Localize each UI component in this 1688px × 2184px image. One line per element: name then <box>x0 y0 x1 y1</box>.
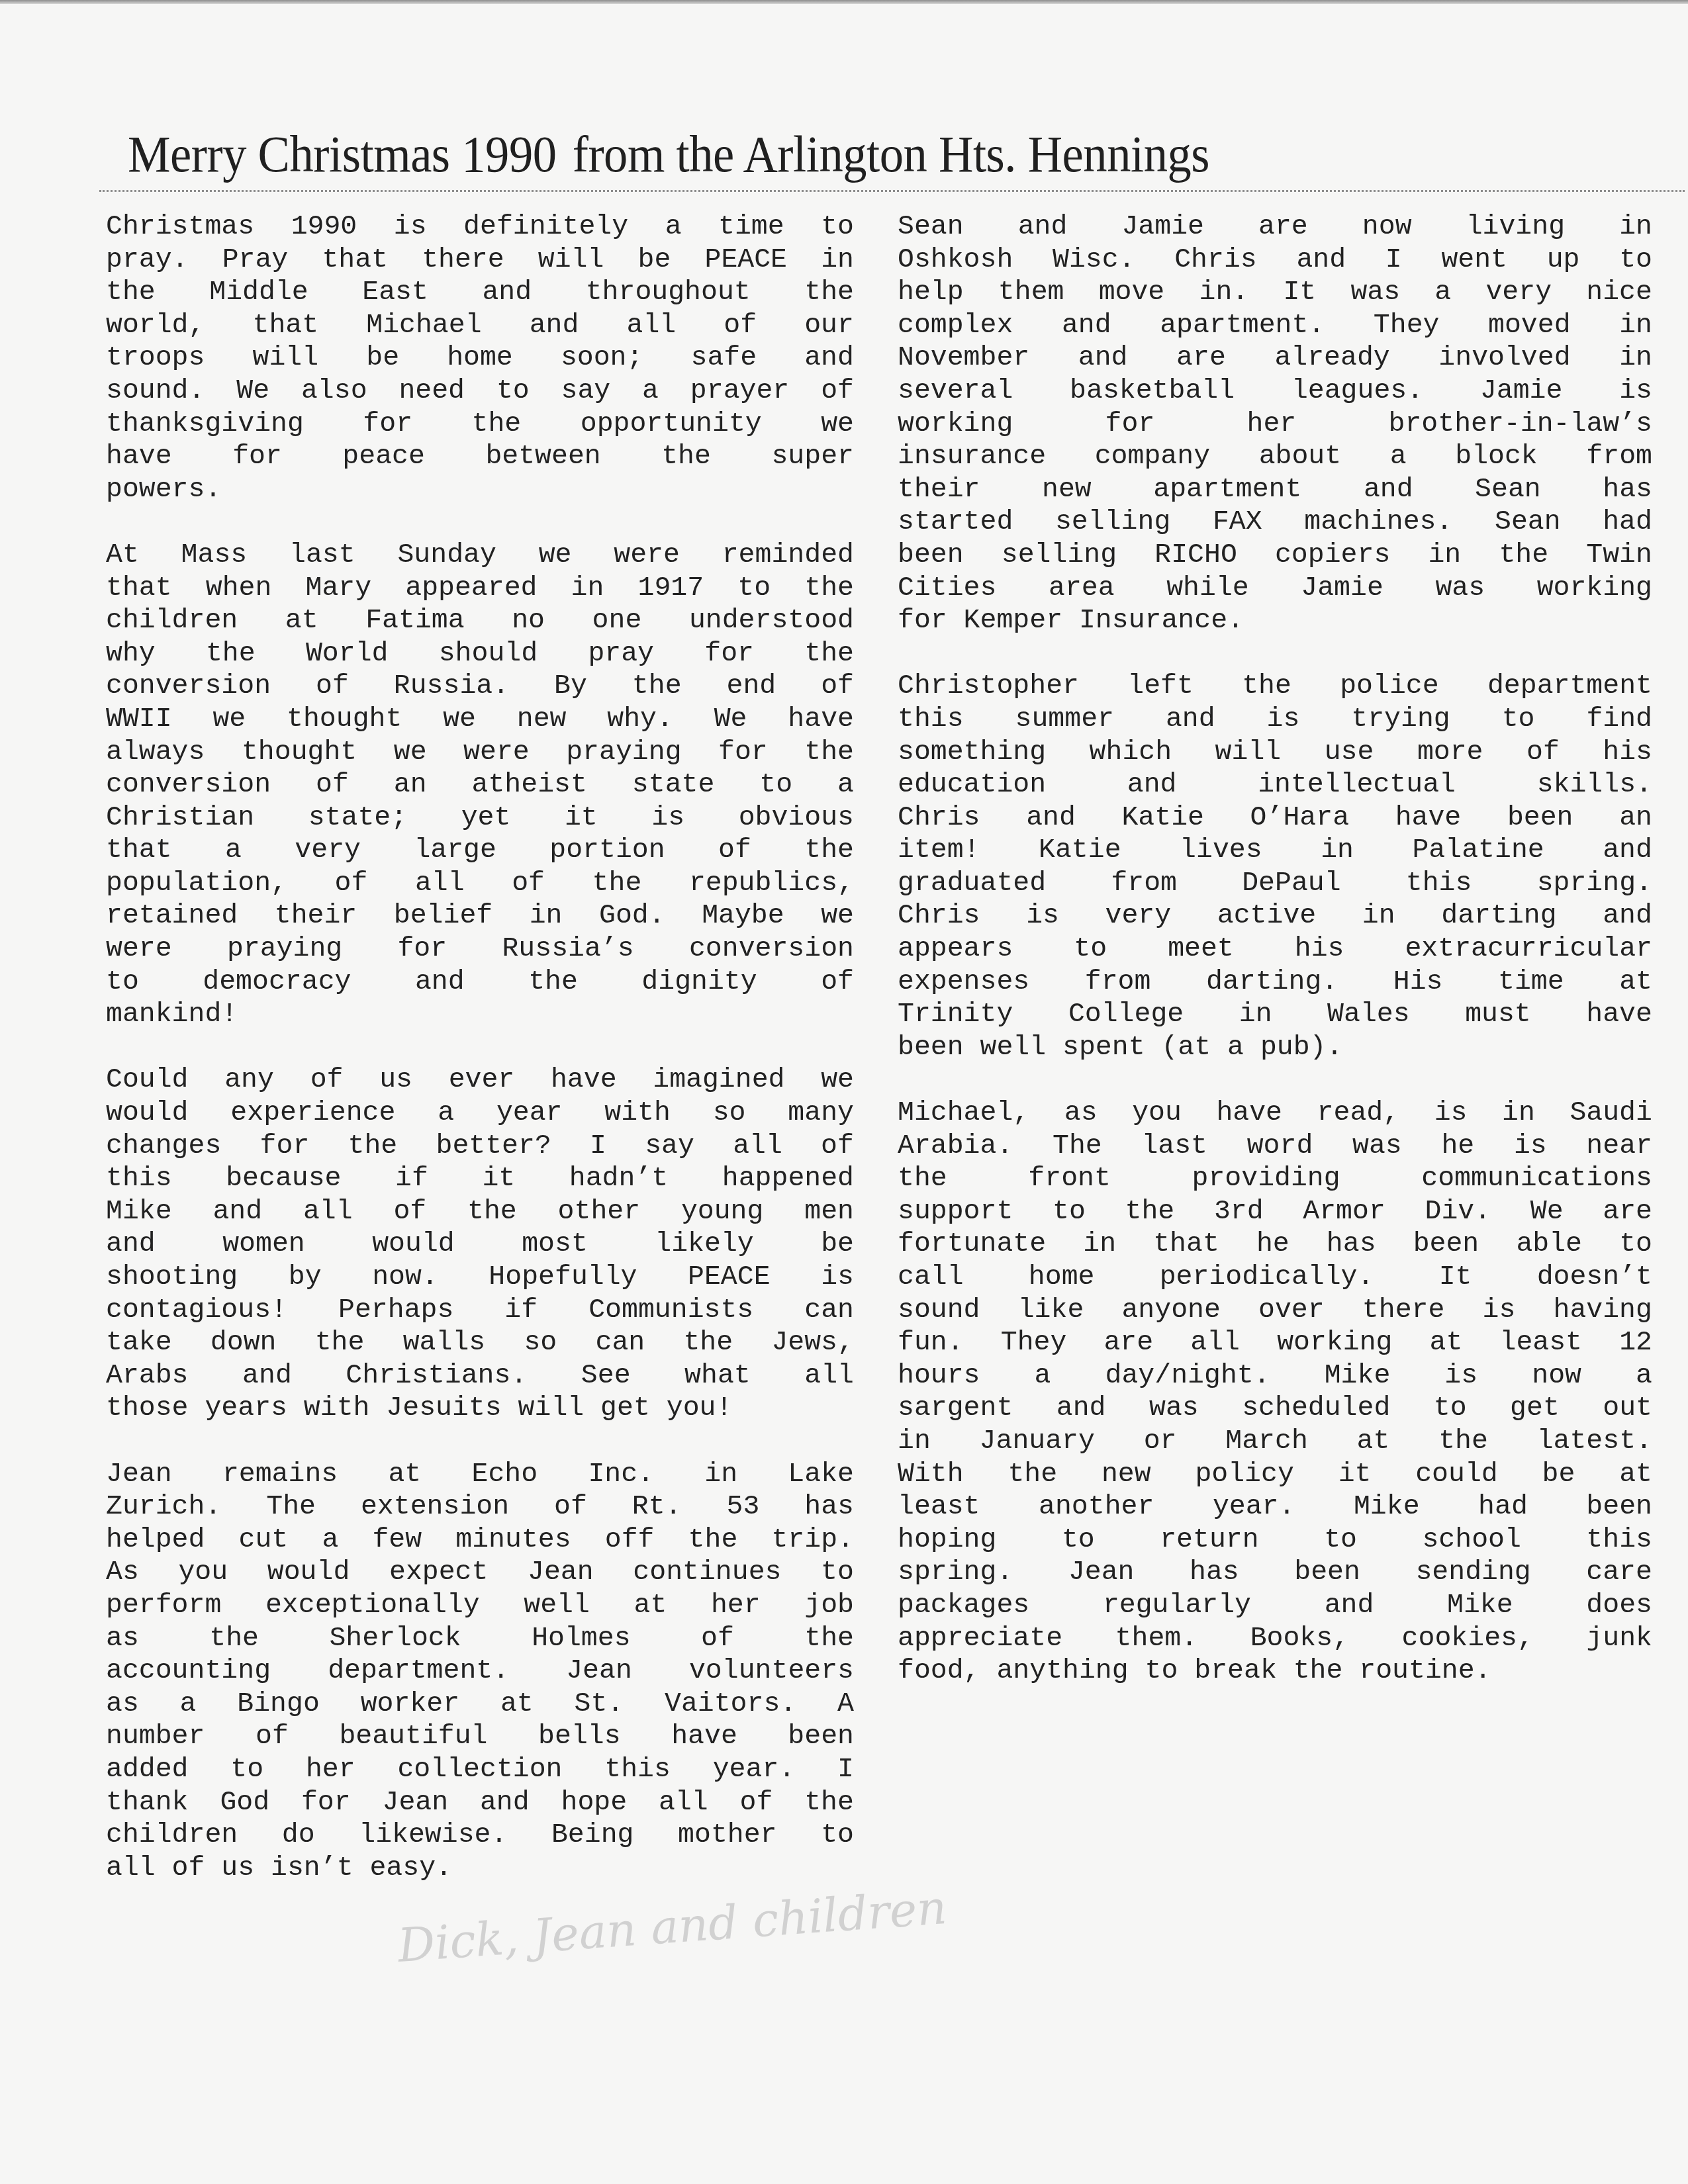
word: the <box>804 1622 854 1655</box>
word: other <box>558 1195 641 1228</box>
text-line: theMiddleEastandthroughoutthe <box>106 276 854 309</box>
word: was <box>1352 1130 1402 1163</box>
word: active <box>1217 899 1316 933</box>
word: the <box>804 572 854 605</box>
word: home <box>1029 1261 1095 1294</box>
word: do <box>282 1819 315 1852</box>
text-line: wouldexperienceayearwithsomany <box>106 1097 854 1130</box>
word: a <box>665 210 682 244</box>
word: and <box>212 1195 262 1228</box>
word: exceptionally <box>265 1589 480 1622</box>
word: at <box>1619 1458 1652 1491</box>
word: Jamie <box>1301 572 1383 605</box>
word: the <box>804 1786 854 1819</box>
text-line: whytheWorldshouldprayforthe <box>106 637 854 670</box>
text-line: CitiesareawhileJamiewasworking <box>898 572 1652 605</box>
word: also <box>301 375 367 408</box>
word: we <box>821 899 854 933</box>
word: and <box>1603 834 1652 867</box>
word: word <box>1247 1130 1313 1163</box>
word: police <box>1340 670 1438 703</box>
word: school <box>1422 1524 1521 1557</box>
word: in <box>530 899 563 933</box>
word: for <box>397 933 447 966</box>
text-line: haveforpeacebetweenthesuper <box>106 440 854 473</box>
word: at <box>500 1688 534 1721</box>
word: Mass <box>181 539 248 572</box>
word: changes <box>106 1130 221 1163</box>
word: understood <box>689 604 854 637</box>
text-line: graduatedfromDePaulthisspring. <box>898 867 1652 900</box>
word: Bingo <box>237 1688 320 1721</box>
word: and <box>804 341 854 375</box>
word: Michael <box>366 309 481 342</box>
text-line: Michael,asyouhaveread,isinSaudi <box>898 1097 1652 1130</box>
word: so <box>524 1326 557 1359</box>
word: a <box>438 1097 454 1130</box>
text-line: educationandintellectualskills. <box>898 768 1652 801</box>
word: say <box>645 1130 694 1163</box>
word: expenses <box>898 966 1029 999</box>
word: out <box>1603 1392 1652 1425</box>
word: worker <box>361 1688 459 1721</box>
word: Fatima <box>365 604 464 637</box>
word: been <box>1413 1228 1479 1261</box>
word: from <box>1111 867 1177 900</box>
word: pray. <box>106 244 189 277</box>
word: any <box>224 1064 274 1097</box>
text-line: fun.Theyareallworkingatleast12 <box>898 1326 1652 1359</box>
word: been <box>898 539 964 572</box>
word: this <box>106 1162 172 1195</box>
text-line: JeanremainsatEchoInc.inLake <box>106 1458 854 1491</box>
word: Oshkosh <box>898 244 1013 277</box>
word: and <box>1018 210 1068 244</box>
text-line: startedsellingFAXmachines.Seanhad <box>898 506 1652 539</box>
word: if <box>395 1162 428 1195</box>
word: in <box>1502 1097 1535 1130</box>
word: that <box>253 309 319 342</box>
word: Jean <box>106 1458 172 1491</box>
word: that <box>106 834 172 867</box>
word: are <box>1603 1195 1652 1228</box>
word: her <box>1247 408 1297 441</box>
text-line: astheSherlockHolmesofthe <box>106 1622 854 1655</box>
word: to <box>1619 244 1652 277</box>
word: Mike <box>1325 1359 1391 1392</box>
word: of <box>512 867 545 900</box>
word: the <box>1242 670 1291 703</box>
word: thought <box>287 703 402 736</box>
word: his <box>1603 736 1652 769</box>
word: in. <box>1199 276 1248 309</box>
text-line: complexandapartment.Theymovedin <box>898 309 1652 342</box>
word: minutes <box>455 1524 571 1557</box>
word: prayer <box>690 375 789 408</box>
word: as <box>1064 1097 1098 1130</box>
word: and <box>1062 309 1111 342</box>
word: have <box>788 703 854 736</box>
word: between <box>485 440 600 473</box>
word: periodically. <box>1160 1261 1374 1294</box>
word: moved <box>1488 309 1571 342</box>
word: in <box>821 244 854 277</box>
word: of <box>310 1064 344 1097</box>
word: East <box>362 276 428 309</box>
word: sending <box>1415 1556 1530 1589</box>
word: 3rd <box>1214 1195 1264 1228</box>
word: having <box>1554 1294 1652 1327</box>
word: volunteers <box>689 1655 854 1688</box>
word: Echo <box>472 1458 538 1491</box>
word: of <box>718 834 751 867</box>
word: job <box>804 1589 854 1622</box>
word: Books, <box>1250 1622 1349 1655</box>
word: of <box>335 867 368 900</box>
word: down <box>211 1326 277 1359</box>
word: Christian <box>106 801 254 835</box>
word: the <box>472 408 522 441</box>
word: Mike <box>1354 1490 1420 1524</box>
word: in <box>1083 1228 1116 1261</box>
word: is <box>1483 1294 1516 1327</box>
text-line: helpthemmovein.Itwasaverynice <box>898 276 1652 309</box>
word: living <box>1466 210 1565 244</box>
word: Maybe <box>702 899 784 933</box>
word: experience <box>230 1097 395 1130</box>
word: copiers <box>1275 539 1390 572</box>
word: one <box>592 604 642 637</box>
word: the <box>315 1326 365 1359</box>
word: troops <box>106 341 205 375</box>
text-line: for Kemper Insurance. <box>898 604 1652 637</box>
word: will <box>253 341 319 375</box>
word: is <box>1434 1097 1468 1130</box>
word: in <box>1321 834 1354 867</box>
text-line: sound.Wealsoneedtosayaprayerof <box>106 375 854 408</box>
right-column-paragraph: Christopherleftthepolicedepartmentthissu… <box>898 670 1652 1064</box>
word: As <box>106 1556 139 1589</box>
word: her <box>711 1589 761 1622</box>
word: yet <box>461 801 511 835</box>
word: Jean <box>528 1556 594 1589</box>
word: had <box>1478 1490 1528 1524</box>
word: end <box>727 670 776 703</box>
word: working <box>898 408 1013 441</box>
word: help <box>898 276 964 309</box>
word: of <box>316 670 349 703</box>
left-column-paragraph: AtMasslastSundaywewereremindedthatwhenMa… <box>106 539 854 1031</box>
word: packages <box>898 1589 1029 1622</box>
word: in <box>1619 341 1652 375</box>
word: 12 <box>1619 1326 1652 1359</box>
word: a <box>180 1688 197 1721</box>
word: extracurricular <box>1405 933 1652 966</box>
word: be <box>821 1228 854 1261</box>
word: to <box>1053 1195 1086 1228</box>
word: God <box>220 1786 269 1819</box>
word: had <box>1603 506 1652 539</box>
word: of <box>554 1490 587 1524</box>
word: large <box>414 834 496 867</box>
text-line: childrendolikewise.Beingmotherto <box>106 1819 854 1852</box>
word: which <box>1090 736 1172 769</box>
word: new <box>517 703 567 736</box>
word: of <box>316 768 349 801</box>
word: darting. <box>1206 966 1338 999</box>
word: 1917 <box>638 572 704 605</box>
word: year <box>496 1097 563 1130</box>
word: would <box>372 1228 455 1261</box>
word: year. <box>713 1753 796 1786</box>
word: involved <box>1438 341 1570 375</box>
text-line: callhomeperiodically.Itdoesn’t <box>898 1261 1652 1294</box>
text-line: food, anything to break the routine. <box>898 1655 1652 1688</box>
word: does <box>1586 1589 1652 1622</box>
word: I <box>590 1130 606 1163</box>
word: DePaul <box>1242 867 1340 900</box>
word: Cities <box>898 572 996 605</box>
text-line: Christopherleftthepolicedepartment <box>898 670 1652 703</box>
word: their <box>898 473 980 506</box>
word: the <box>688 1524 738 1557</box>
word: you <box>178 1556 228 1589</box>
word: that <box>322 244 388 277</box>
word: Sean <box>1475 473 1541 506</box>
word: get <box>1510 1392 1560 1425</box>
text-line: Withthenewpolicyitcouldbeat <box>898 1458 1652 1491</box>
word: from <box>1586 440 1652 473</box>
word: to <box>821 1556 854 1589</box>
word: young <box>681 1195 764 1228</box>
word: 53 <box>727 1490 760 1524</box>
text-line: wereprayingforRussia’sconversion <box>106 933 854 966</box>
text-line: changesforthebetter?Isayallof <box>106 1130 854 1163</box>
word: retained <box>106 899 238 933</box>
word: find <box>1586 703 1652 736</box>
text-line: Novemberandarealreadyinvolvedin <box>898 341 1652 375</box>
text-line: alwaysthoughtwewereprayingforthe <box>106 736 854 769</box>
word: was <box>1149 1392 1199 1425</box>
word: Sunday <box>397 539 496 572</box>
word: Christians. <box>346 1359 527 1392</box>
word: a <box>1434 276 1451 309</box>
word: education <box>898 768 1046 801</box>
word: providing <box>1192 1162 1340 1195</box>
word: spring. <box>1537 867 1652 900</box>
word: state <box>632 768 715 801</box>
word: Mike <box>1447 1589 1513 1622</box>
text-line: SeanandJamiearenowlivingin <box>898 210 1652 244</box>
word: skills. <box>1537 768 1652 801</box>
word: while <box>1166 572 1249 605</box>
word: are <box>1103 1326 1153 1359</box>
right-column-paragraph: Michael,asyouhaveread,isinSaudiArabia.Th… <box>898 1097 1652 1688</box>
word: us <box>379 1064 412 1097</box>
word: the <box>209 1622 259 1655</box>
word: WWII <box>106 703 172 736</box>
text-line: population,ofalloftherepublics, <box>106 867 854 900</box>
word: them <box>998 276 1064 309</box>
word: super <box>771 440 854 473</box>
word: expect <box>389 1556 488 1589</box>
text-line: pray.PraythattherewillbePEACEin <box>106 244 854 277</box>
word: would <box>106 1097 189 1130</box>
word: home <box>447 341 513 375</box>
word: at <box>285 604 318 637</box>
word: The <box>1053 1130 1102 1163</box>
word: be <box>1542 1458 1575 1491</box>
word: read, <box>1317 1097 1400 1130</box>
word: collection <box>397 1753 562 1786</box>
word: accounting <box>106 1655 271 1688</box>
word: move <box>1099 276 1165 309</box>
word: the <box>804 736 854 769</box>
word: the <box>206 637 256 670</box>
word: O’Hara <box>1250 801 1349 835</box>
word: can <box>595 1326 645 1359</box>
word: in <box>898 1425 931 1458</box>
text-line: packagesregularlyandMikedoes <box>898 1589 1652 1622</box>
text-line: supporttothe3rdArmorDiv.Weare <box>898 1195 1652 1228</box>
word: of <box>1526 736 1560 769</box>
word: been <box>1294 1556 1360 1589</box>
word: happened <box>722 1162 854 1195</box>
word: a <box>642 375 659 408</box>
text-line: spring.Jeanhasbeensendingcare <box>898 1556 1652 1589</box>
word: and <box>1325 1589 1374 1622</box>
word: say <box>561 375 611 408</box>
word: is <box>394 210 427 244</box>
word: likewise. <box>359 1819 507 1852</box>
word: is <box>1619 375 1652 408</box>
word: graduated <box>898 867 1046 900</box>
text-line: thanksgivingfortheopportunitywe <box>106 408 854 441</box>
word: intellectual <box>1258 768 1456 801</box>
word: Being <box>551 1819 634 1852</box>
text-line: AtMasslastSundaywewerereminded <box>106 539 854 572</box>
word: world, <box>106 309 205 342</box>
word: Katie <box>1039 834 1121 867</box>
word: can <box>804 1294 854 1327</box>
word: all <box>303 1195 353 1228</box>
word: thank <box>106 1786 189 1819</box>
word: least <box>898 1490 980 1524</box>
word: to <box>821 210 854 244</box>
word: Communists <box>588 1294 753 1327</box>
text-line: been well spent (at a pub). <box>898 1031 1652 1064</box>
word: and <box>1127 768 1177 801</box>
word: like <box>1018 1294 1084 1327</box>
right-column: SeanandJamiearenowlivinginOshkoshWisc.Ch… <box>898 210 1652 1720</box>
text-line: insurancecompanyaboutablockfrom <box>898 440 1652 473</box>
word: the <box>528 966 578 999</box>
word: appears <box>898 933 1013 966</box>
word: better? <box>436 1130 551 1163</box>
word: number <box>106 1720 205 1753</box>
word: the <box>804 637 854 670</box>
word: It <box>1283 276 1316 309</box>
word: God. <box>599 899 665 933</box>
word: complex <box>898 309 1013 342</box>
word: he <box>1441 1130 1474 1163</box>
word: Palatine <box>1412 834 1544 867</box>
word: safe <box>691 341 757 375</box>
word: the <box>1008 1458 1057 1491</box>
word: They <box>1374 309 1440 342</box>
word: all <box>627 309 677 342</box>
word: is <box>651 801 684 835</box>
text-line: appreciatethem.Books,cookies,junk <box>898 1622 1652 1655</box>
text-line: conversionofanatheiststatetoa <box>106 768 854 801</box>
word: always <box>106 736 205 769</box>
word: and <box>106 1228 156 1261</box>
text-line: thefrontprovidingcommunications <box>898 1162 1652 1195</box>
word: last <box>1141 1130 1207 1163</box>
text-line: TrinityCollegeinWalesmusthave <box>898 998 1652 1031</box>
text-line: conversionofRussia.Bytheendof <box>106 670 854 703</box>
text-line: Couldanyofuseverhaveimaginedwe <box>106 1064 854 1097</box>
word: use <box>1325 736 1374 769</box>
word: of <box>724 309 757 342</box>
word: hadn’t <box>569 1162 668 1195</box>
word: that <box>106 572 172 605</box>
word: darting <box>1441 899 1556 933</box>
text-line: Zurich.TheextensionofRt.53has <box>106 1490 854 1524</box>
word: been <box>788 1720 854 1753</box>
word: At <box>106 539 139 572</box>
word: opportunity <box>581 408 762 441</box>
word: has <box>1190 1556 1239 1589</box>
word: is <box>1026 899 1059 933</box>
word: would <box>267 1556 350 1589</box>
word: thanksgiving <box>106 408 304 441</box>
word: bells <box>538 1720 621 1753</box>
word: why. <box>607 703 673 736</box>
word: if <box>504 1294 538 1327</box>
word: front <box>1028 1162 1111 1195</box>
word: it <box>1338 1458 1372 1491</box>
word: started <box>898 506 1013 539</box>
text-line: performexceptionallywellatherjob <box>106 1589 854 1622</box>
word: Lake <box>788 1458 854 1491</box>
word: It <box>1439 1261 1472 1294</box>
text-line: Chrisisveryactiveindartingand <box>898 899 1652 933</box>
word: praying <box>227 933 342 966</box>
word: and <box>480 1786 530 1819</box>
word: more <box>1417 736 1483 769</box>
word: Middle <box>209 276 308 309</box>
word: call <box>898 1261 964 1294</box>
word: the <box>467 1195 517 1228</box>
word: take <box>106 1326 172 1359</box>
word: no <box>512 604 545 637</box>
word: there <box>422 244 504 277</box>
word: We <box>1530 1195 1564 1228</box>
word: and <box>242 1359 292 1392</box>
word: have <box>1586 998 1652 1031</box>
word: year. <box>1213 1490 1295 1524</box>
word: doesn’t <box>1537 1261 1652 1294</box>
word: the <box>1438 1425 1488 1458</box>
word: With <box>898 1458 964 1491</box>
word: atheist <box>472 768 587 801</box>
word: the <box>683 1326 733 1359</box>
word: PEACE <box>705 244 788 277</box>
word: praying <box>566 736 681 769</box>
word: we <box>394 736 427 769</box>
word: hours <box>898 1359 980 1392</box>
